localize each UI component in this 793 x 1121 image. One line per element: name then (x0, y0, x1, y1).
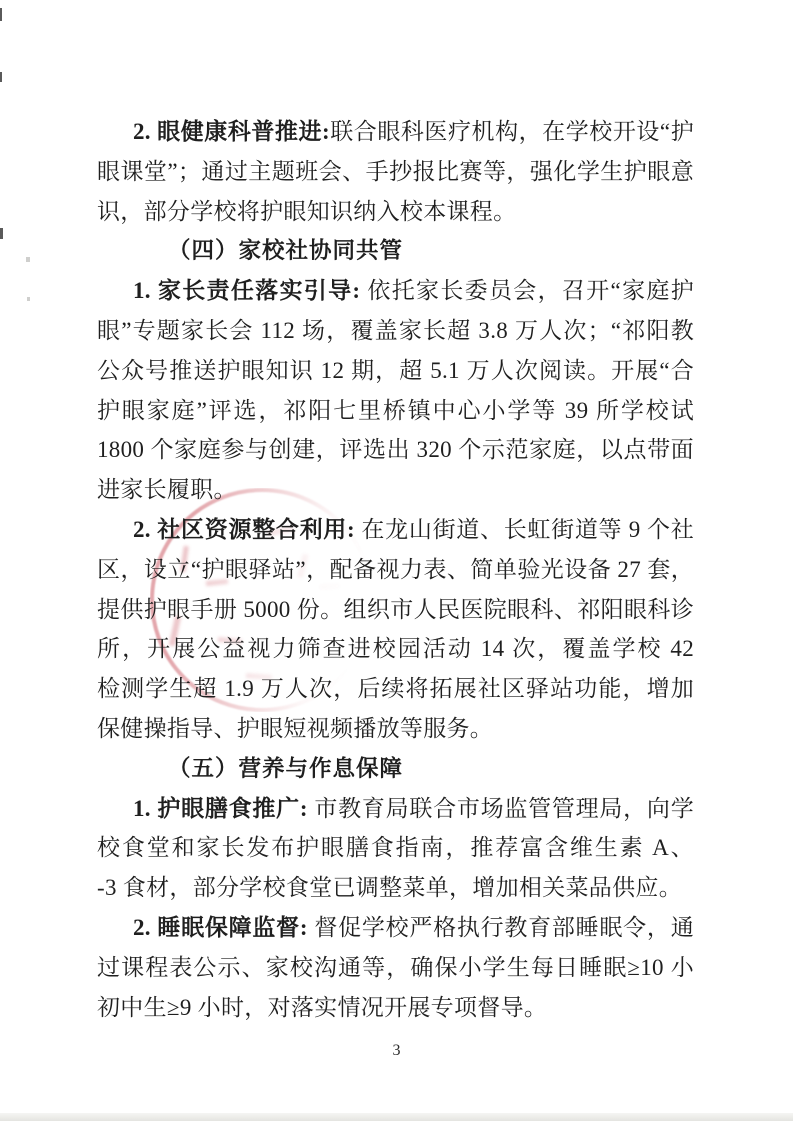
text-run: 督促学校严格执行教育部睡眠令，通 (308, 915, 694, 940)
text-line: 2. 眼健康科普推进:联合眼科医疗机构，在学校开设“护 (97, 112, 694, 152)
text-run: 保健操指导、护眼短视频播放等服务。 (97, 716, 493, 741)
text-line: 过课程表公示、家校沟通等，确保小学生每日睡眠≥10 小时、 (97, 948, 694, 988)
text-line: 眼”专题家长会 112 场，覆盖家长超 3.8 万人次；“祁阳教育” (97, 311, 694, 351)
document-page: 2. 眼健康科普推进:联合眼科医疗机构，在学校开设“护眼课堂”；通过主题班会、手… (0, 0, 793, 1121)
scan-edge-band (0, 1113, 793, 1121)
bold-run: 2. 睡眠保障监督: (133, 915, 308, 940)
text-run: 护眼家庭”评选，祁阳七里桥镇中心小学等 39 所学校试点， (97, 398, 694, 431)
text-line: -3 食材，部分学校食堂已调整菜单，增加相关菜品供应。 (97, 868, 694, 908)
text-line: 1. 护眼膳食推广: 市教育局联合市场监管管理局，向学 (97, 789, 694, 829)
text-line: 所，开展公益视力筛查进校园活动 14 次，覆盖学校 42 所， (97, 629, 694, 669)
text-line: 保健操指导、护眼短视频播放等服务。 (97, 709, 694, 749)
text-line: 进家长履职。 (97, 470, 694, 510)
document-body: 2. 眼健康科普推进:联合眼科医疗机构，在学校开设“护眼课堂”；通过主题班会、手… (97, 112, 694, 1027)
bold-run: 1. 护眼膳食推广: (133, 796, 308, 821)
text-line: 区，设立“护眼驿站”，配备视力表、简单验光设备 27 套， (97, 550, 694, 590)
text-line: 公众号推送护眼知识 12 期，超 5.1 万人次阅读。开展“合格 (97, 351, 694, 391)
text-run: 进家长履职。 (97, 477, 237, 502)
heading-line: （四）家校社协同共管 (97, 231, 694, 271)
text-run: 市教育局联合市场监管管理局，向学 (308, 796, 694, 821)
text-line: 眼课堂”；通过主题班会、手抄报比赛等，强化学生护眼意 (97, 152, 694, 192)
text-run: 公众号推送护眼知识 12 期，超 5.1 万人次阅读。开展“合格 (97, 358, 694, 391)
text-run: 依托家长委员会，召开“家庭护 (360, 278, 694, 303)
text-run: 在龙山街道、长虹街道等 9 个社 (355, 517, 694, 542)
text-line: 1. 家长责任落实引导: 依托家长委员会，召开“家庭护 (97, 271, 694, 311)
scan-speck (26, 257, 30, 262)
text-run: 检测学生超 1.9 万人次，后续将拓展社区驿站功能，增加眼 (97, 676, 694, 709)
text-run: 联合眼科医疗机构，在学校开设“护 (330, 119, 694, 144)
text-line: 2. 睡眠保障监督: 督促学校严格执行教育部睡眠令，通 (97, 908, 694, 948)
text-line: 2. 社区资源整合利用: 在龙山街道、长虹街道等 9 个社 (97, 510, 694, 550)
text-run: 眼”专题家长会 112 场，覆盖家长超 3.8 万人次；“祁阳教育” (97, 318, 694, 351)
text-run: 提供护眼手册 5000 份。组织市人民医院眼科、祁阳眼科诊 (97, 597, 694, 622)
text-line: 校食堂和家长发布护眼膳食指南，推荐富含维生素 A、Omega (97, 828, 694, 868)
text-line: 提供护眼手册 5000 份。组织市人民医院眼科、祁阳眼科诊 (97, 590, 694, 630)
bold-run: 2. 社区资源整合利用: (133, 517, 355, 542)
bold-run: （四）家校社协同共管 (168, 238, 403, 263)
scan-speck (0, 228, 3, 239)
page-number: 3 (0, 1042, 793, 1060)
scan-speck (27, 297, 30, 301)
text-line: 1800 个家庭参与创建，评选出 320 个示范家庭，以点带面促 (97, 430, 694, 470)
text-run: 1800 个家庭参与创建，评选出 320 个示范家庭，以点带面促 (97, 437, 694, 470)
bold-run: 2. 眼健康科普推进: (133, 119, 330, 144)
text-run: 所，开展公益视力筛查进校园活动 14 次，覆盖学校 42 所， (97, 636, 694, 669)
text-run: 区，设立“护眼驿站”，配备视力表、简单验光设备 27 套， (97, 557, 694, 582)
text-run: -3 食材，部分学校食堂已调整菜单，增加相关菜品供应。 (97, 875, 682, 900)
scan-speck (0, 72, 2, 82)
text-run: 校食堂和家长发布护眼膳食指南，推荐富含维生素 A、Omega (97, 835, 694, 868)
text-line: 护眼家庭”评选，祁阳七里桥镇中心小学等 39 所学校试点， (97, 391, 694, 431)
bold-run: （五）营养与作息保障 (168, 756, 403, 781)
text-line: 初中生≥9 小时，对落实情况开展专项督导。 (97, 988, 694, 1028)
bold-run: 1. 家长责任落实引导: (133, 278, 360, 303)
text-line: 检测学生超 1.9 万人次，后续将拓展社区驿站功能，增加眼 (97, 669, 694, 709)
text-run: 眼课堂”；通过主题班会、手抄报比赛等，强化学生护眼意 (97, 159, 694, 184)
text-run: 识，部分学校将护眼知识纳入校本课程。 (97, 199, 516, 224)
text-line: 识，部分学校将护眼知识纳入校本课程。 (97, 192, 694, 232)
heading-line: （五）营养与作息保障 (97, 749, 694, 789)
scan-speck (0, 8, 2, 21)
text-run: 过课程表公示、家校沟通等，确保小学生每日睡眠≥10 小时、 (97, 955, 694, 988)
text-run: 初中生≥9 小时，对落实情况开展专项督导。 (97, 995, 547, 1020)
